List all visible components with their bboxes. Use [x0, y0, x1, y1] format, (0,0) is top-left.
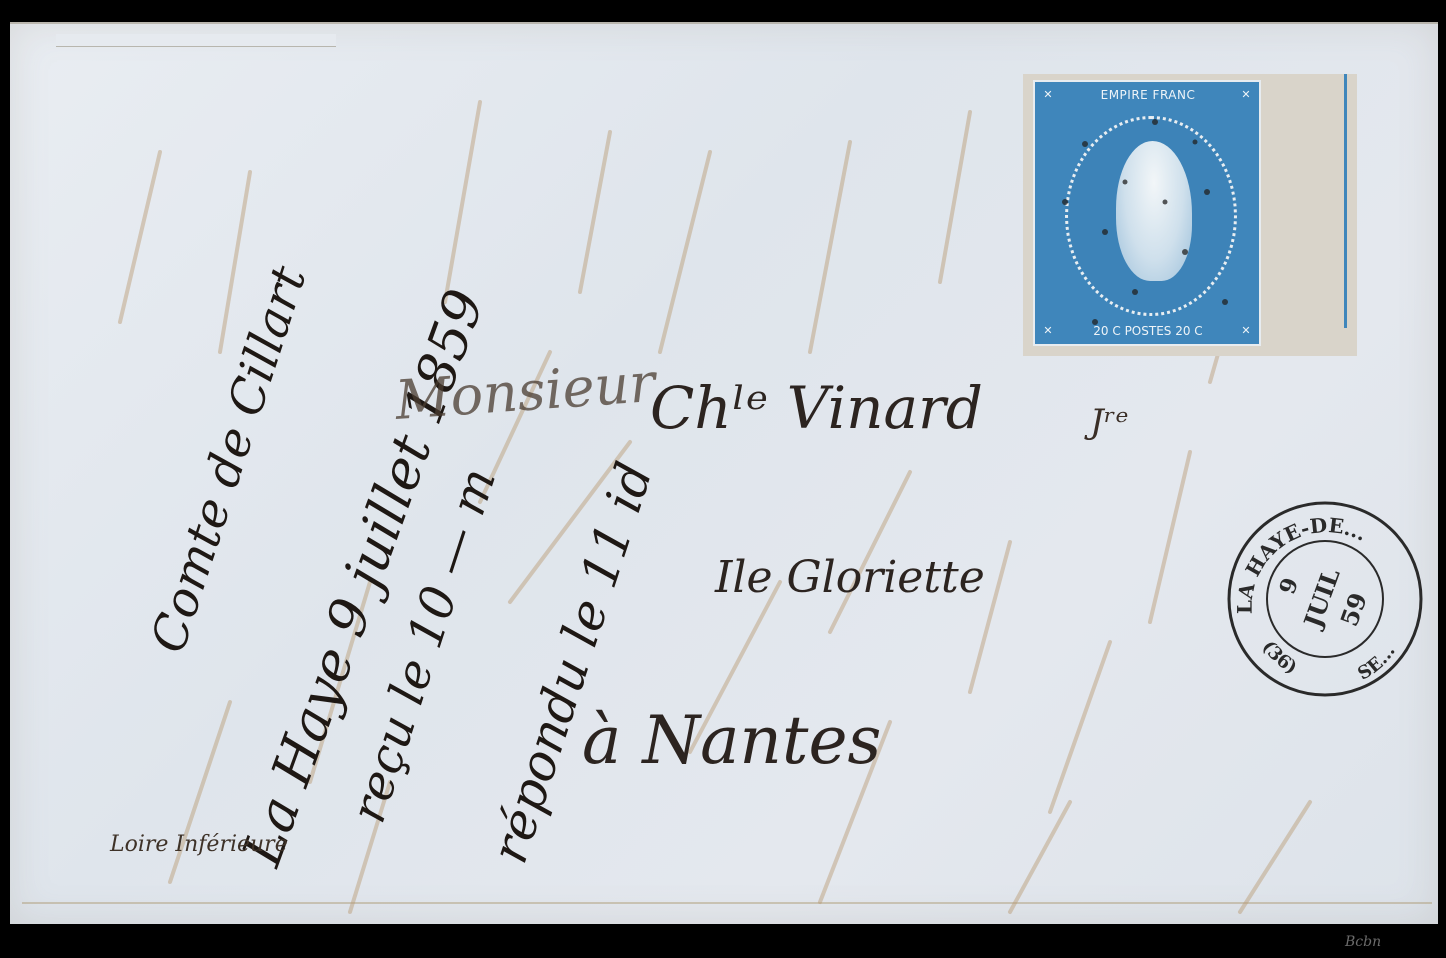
address-city: à Nantes: [582, 702, 881, 779]
postage-stamp: ✕ ✕ ✕ ✕ EMPIRE FRANC 20 C POSTES 20 C: [1033, 80, 1261, 346]
docket-line-4: répondu le 11 id: [480, 455, 664, 869]
top-flap: [56, 34, 336, 47]
postmark-datestamp: LA HAYE-DE... (36) SE... 9 JUIL 59: [1222, 496, 1428, 702]
postmark-year: 59: [1334, 589, 1373, 630]
docket-line-1: Comte de Cillart: [140, 260, 318, 660]
top-fold-line: [10, 22, 1438, 24]
postmark-month: JUIL: [1297, 564, 1346, 633]
stamp-with-sheet-margin: ✕ ✕ ✕ ✕ EMPIRE FRANC 20 C POSTES 20 C: [1023, 74, 1357, 356]
dot-cancellation-icon: [1035, 82, 1259, 344]
bottom-fold-line: [22, 902, 1432, 904]
address-name-suffix: Jʳᵉ: [1090, 402, 1129, 442]
pencil-signature: Bcbn: [1345, 934, 1381, 950]
postmark-day: 9: [1274, 574, 1304, 597]
address-street: Ile Gloriette: [715, 552, 985, 603]
sheet-margin-rule: [1344, 74, 1347, 328]
address-name: Chˡᵉ Vinard: [650, 374, 983, 442]
departure-note: Loire Inférieure: [110, 832, 288, 857]
